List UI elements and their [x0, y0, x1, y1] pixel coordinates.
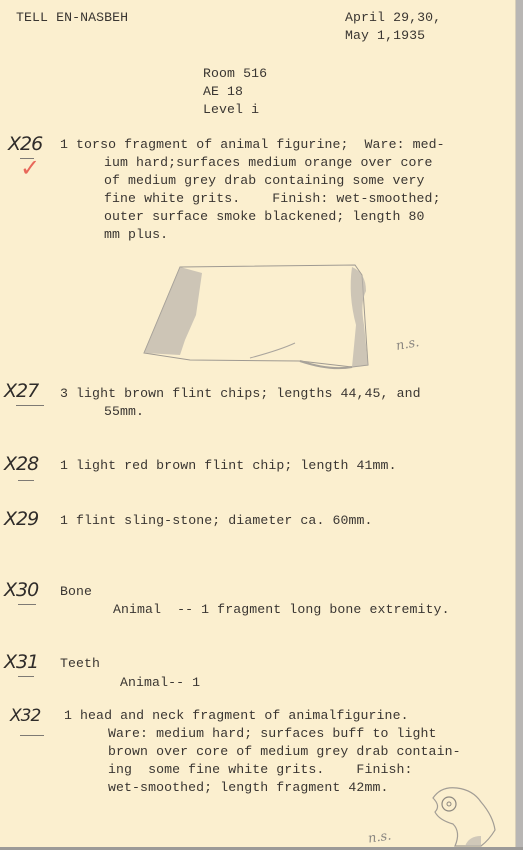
entry-number-x29: X29	[4, 508, 38, 530]
checkmark-icon: ✓	[20, 154, 40, 182]
entry-number-x28: X28	[4, 453, 38, 475]
entry-number-x32: X32	[10, 706, 40, 726]
entry-x32-line: Ware: medium hard; surfaces buff to ligh…	[108, 726, 437, 743]
entry-x32-line: brown over core of medium grey drab cont…	[108, 744, 461, 761]
entry-x26-line: fine white grits. Finish: wet-smoothed;	[104, 191, 441, 208]
entry-x30-category: Bone	[60, 584, 92, 601]
entry-x26-line: 1 torso fragment of animal figurine; War…	[60, 137, 445, 154]
underline	[18, 604, 36, 605]
entry-x26-line: mm plus.	[104, 227, 168, 244]
entry-x32-line: ing some fine white grits. Finish:	[108, 762, 413, 779]
entry-x32-line: 1 head and neck fragment of animalfiguri…	[64, 708, 409, 725]
level: Level i	[203, 102, 259, 119]
underline	[18, 480, 34, 481]
underline	[18, 676, 34, 677]
entry-x31-category: Teeth	[60, 656, 100, 673]
entry-x26-line: outer surface smoke blackened; length 80	[104, 209, 425, 226]
entry-number-x26: X26	[8, 133, 42, 155]
entry-x27-line: 55mm.	[104, 404, 144, 421]
entry-x28-line: 1 light red brown flint chip; length 41m…	[60, 458, 397, 475]
card-edge	[516, 0, 523, 850]
site-name: TELL EN-NASBEH	[16, 10, 128, 27]
entry-x32-line: wet-smoothed; length fragment 42mm.	[108, 780, 388, 797]
entry-x26-line: ium hard;surfaces medium orange over cor…	[104, 155, 433, 172]
entry-x27-line: 3 light brown flint chips; lengths 44,45…	[60, 386, 421, 403]
sketch-initials: n.s.	[367, 828, 392, 846]
entry-number-x31: X31	[4, 651, 38, 673]
entry-number-x27: X27	[4, 380, 38, 402]
entry-x29-line: 1 flint sling-stone; diameter ca. 60mm.	[60, 513, 373, 530]
entry-x31-detail: Animal-- 1	[120, 675, 200, 692]
figurine-head-sketch	[425, 780, 505, 850]
date-line-1: April 29,30,	[345, 10, 441, 27]
entry-x30-detail: Animal -- 1 fragment long bone extremity…	[113, 602, 450, 619]
underline	[16, 405, 44, 406]
date-line-2: May 1,1935	[345, 28, 425, 45]
entry-number-x30: X30	[4, 579, 38, 601]
entry-x26-line: of medium grey drab containing some very	[104, 173, 425, 190]
room-number: Room 516	[203, 66, 267, 83]
underline	[20, 735, 44, 736]
area-code: AE 18	[203, 84, 243, 101]
figurine-torso-sketch	[130, 255, 390, 380]
